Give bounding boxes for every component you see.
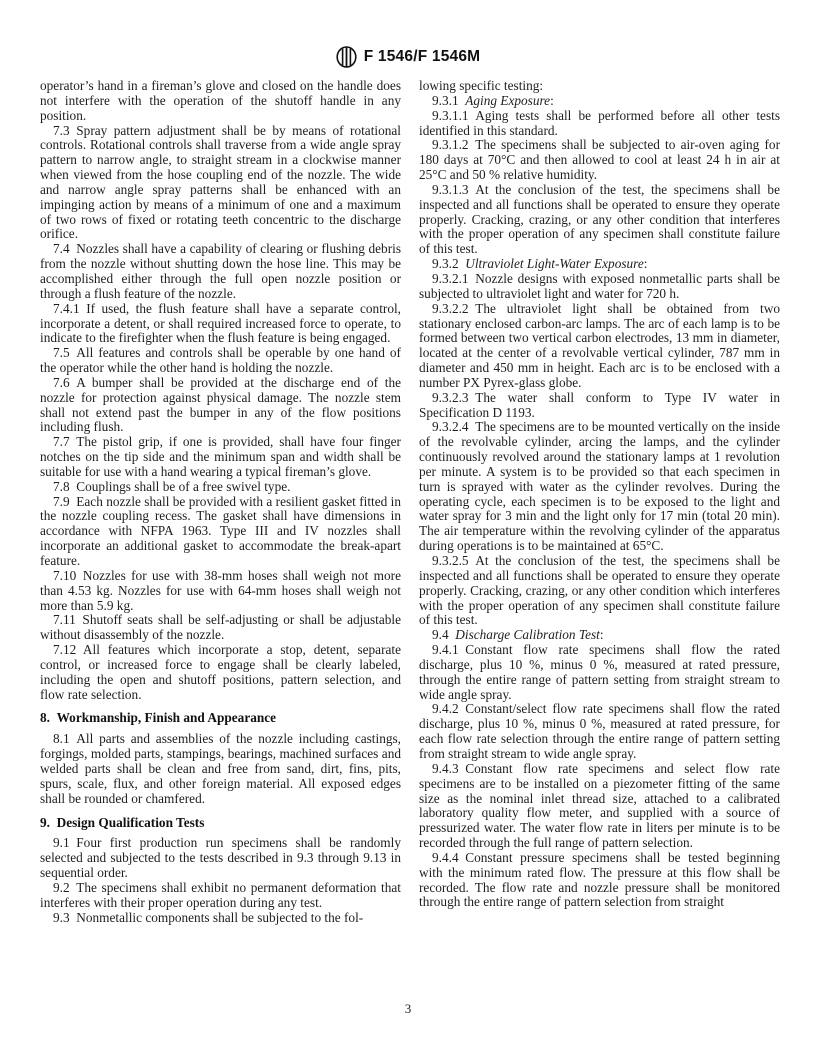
section-heading: 9. Design Qualification Tests	[40, 816, 401, 831]
clause-paragraph: 7.6 A bumper shall be provided at the di…	[40, 376, 401, 435]
clause-paragraph: 7.9 Each nozzle shall be provided with a…	[40, 495, 401, 569]
clause-paragraph: 9.3.2.4 The specimens are to be mounted …	[419, 420, 780, 554]
document-title: F 1546/F 1546M	[364, 48, 481, 66]
clause-term: 9.3.2 Ultraviolet Light-Water Exposure:	[419, 257, 780, 272]
clause-paragraph: 7.11 Shutoff seats shall be self-adjusti…	[40, 613, 401, 643]
clause-number: 9.3.1	[432, 93, 465, 108]
clause-paragraph: 7.3 Spray pattern adjustment shall be by…	[40, 124, 401, 243]
clause-paragraph: 7.7 The pistol grip, if one is provided,…	[40, 435, 401, 480]
clause-paragraph: 9.3.2.1 Nozzle designs with exposed nonm…	[419, 272, 780, 302]
clause-paragraph: 7.4 Nozzles shall have a capability of c…	[40, 242, 401, 301]
clause-paragraph: 9.4.4 Constant pressure specimens shall …	[419, 851, 780, 910]
clause-term-label: Aging Exposure	[465, 93, 550, 108]
clause-paragraph: 7.10 Nozzles for use with 38-mm hoses sh…	[40, 569, 401, 614]
clause-paragraph: 9.3.1.1 Aging tests shall be performed b…	[419, 109, 780, 139]
clause-paragraph: 7.8 Couplings shall be of a free swivel …	[40, 480, 401, 495]
clause-term-label: Ultraviolet Light-Water Exposure	[465, 256, 644, 271]
clause-paragraph: lowing specific testing:	[419, 79, 780, 94]
clause-paragraph: 7.4.1 If used, the flush feature shall h…	[40, 302, 401, 347]
left-column: operator’s hand in a fireman’s glove and…	[40, 79, 401, 925]
clause-paragraph: 9.3.1.2 The specimens shall be subjected…	[419, 138, 780, 183]
page-number: 3	[405, 1001, 412, 1016]
clause-paragraph: 9.3.2.3 The water shall conform to Type …	[419, 391, 780, 421]
page-header: F 1546/F 1546M	[0, 46, 816, 68]
clause-term-label: Discharge Calibration Test	[455, 627, 600, 642]
clause-paragraph: 9.4.1 Constant flow rate specimens shall…	[419, 643, 780, 702]
page-footer: 3	[0, 1001, 816, 1017]
clause-paragraph: 9.4.2 Constant/select flow rate specimen…	[419, 702, 780, 761]
clause-term: 9.4 Discharge Calibration Test:	[419, 628, 780, 643]
clause-paragraph: 9.2 The specimens shall exhibit no perma…	[40, 881, 401, 911]
document-page: F 1546/F 1546M operator’s hand in a fire…	[0, 0, 816, 1056]
right-column: lowing specific testing:9.3.1 Aging Expo…	[419, 79, 780, 925]
astm-logo-icon	[336, 46, 357, 68]
two-column-body: operator’s hand in a fireman’s glove and…	[40, 79, 780, 925]
section-heading: 8. Workmanship, Finish and Appearance	[40, 711, 401, 726]
clause-paragraph: 8.1 All parts and assemblies of the nozz…	[40, 732, 401, 806]
clause-number: 9.3.2	[432, 256, 465, 271]
clause-paragraph: 9.3.1.3 At the conclusion of the test, t…	[419, 183, 780, 257]
clause-term: 9.3.1 Aging Exposure:	[419, 94, 780, 109]
clause-paragraph: 7.5 All features and controls shall be o…	[40, 346, 401, 376]
clause-paragraph: operator’s hand in a fireman’s glove and…	[40, 79, 401, 124]
clause-number: 9.4	[432, 627, 455, 642]
clause-paragraph: 9.1 Four first production run specimens …	[40, 836, 401, 881]
clause-paragraph: 9.4.3 Constant flow rate specimens and s…	[419, 762, 780, 851]
clause-paragraph: 9.3 Nonmetallic components shall be subj…	[40, 911, 401, 926]
clause-paragraph: 9.3.2.2 The ultraviolet light shall be o…	[419, 302, 780, 391]
clause-paragraph: 9.3.2.5 At the conclusion of the test, t…	[419, 554, 780, 628]
clause-paragraph: 7.12 All features which incorporate a st…	[40, 643, 401, 702]
